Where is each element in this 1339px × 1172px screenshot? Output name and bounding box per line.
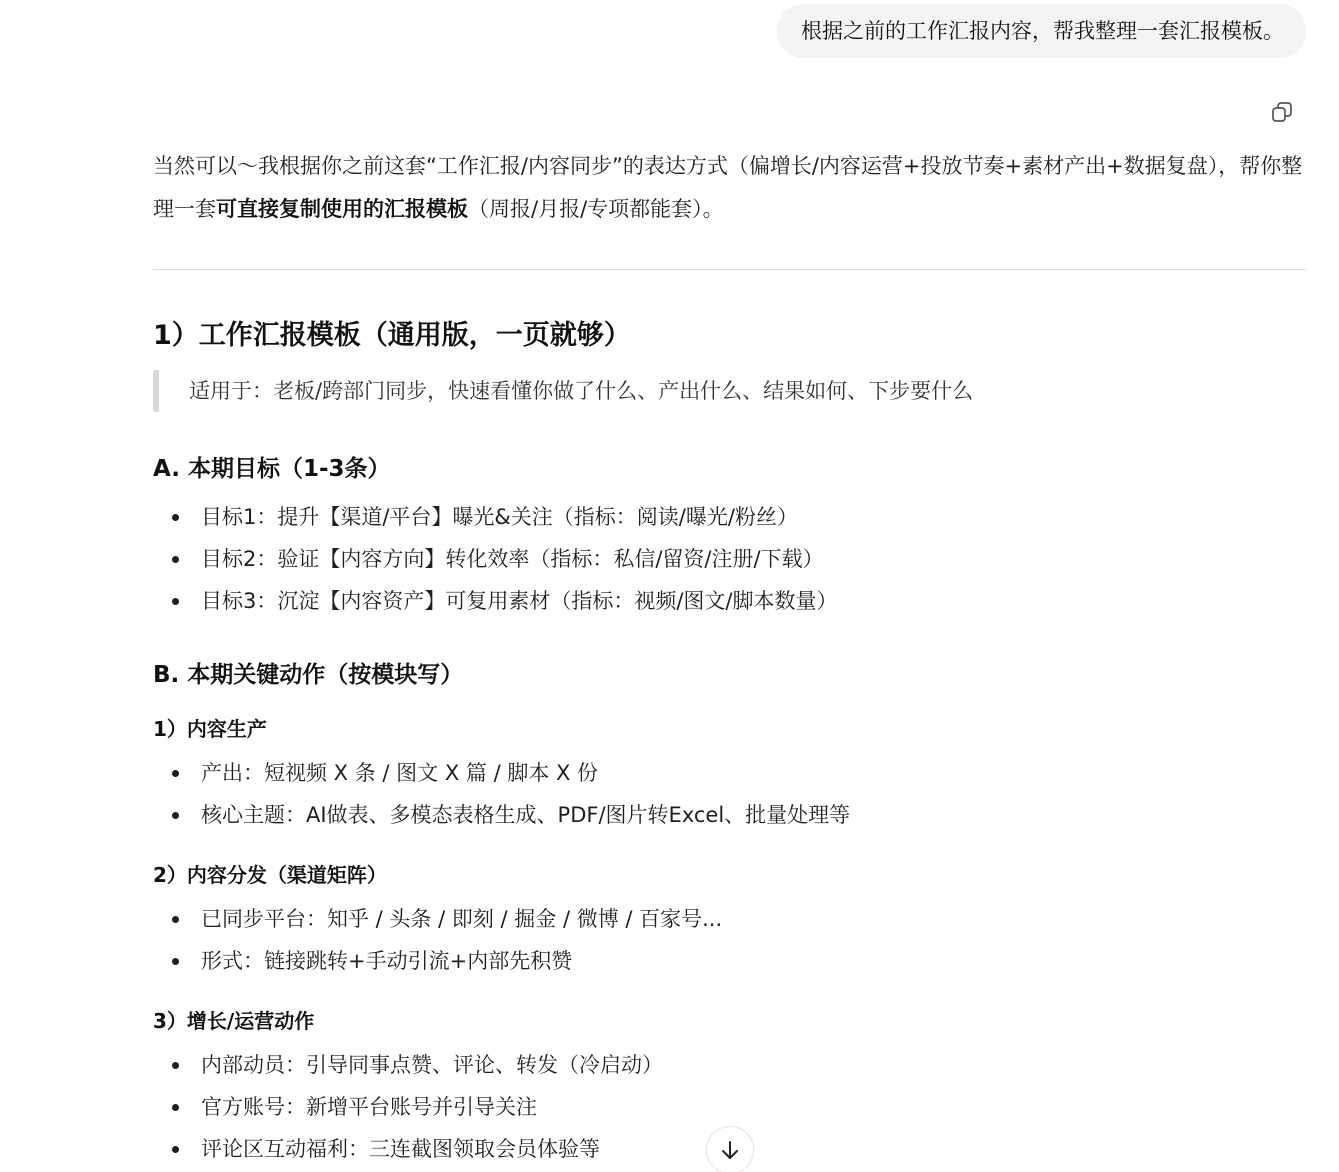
intro-paragraph: 当然可以～我根据你之前这套“工作汇报/内容同步”的表达方式（偏增长/内容运营+投… [153,145,1306,231]
arrow-down-icon [718,1138,742,1162]
group-title: 1）内容生产 [153,714,1306,744]
list-item: 目标2：验证【内容方向】转化效率（指标：私信/留资/注册/下载） [153,538,1306,580]
list-item: 形式：链接跳转+手动引流+内部先积赞 [153,940,1306,982]
list-item: 内部动员：引导同事点赞、评论、转发（冷启动） [153,1044,1306,1086]
distribution-list: 已同步平台：知乎 / 头条 / 即刻 / 掘金 / 微博 / 百家号... 形式… [153,898,1306,982]
list-item: 官方账号：新增平台账号并引导关注 [153,1086,1306,1128]
list-item: 产出：短视频 X 条 / 图文 X 篇 / 脚本 X 份 [153,752,1306,794]
chat-page: 根据之前的工作汇报内容，帮我整理一套汇报模板。 当然可以～我根据你之前这套“工作… [0,0,1339,1172]
user-message-bubble: 根据之前的工作汇报内容，帮我整理一套汇报模板。 [777,4,1306,58]
content-production-list: 产出：短视频 X 条 / 图文 X 篇 / 脚本 X 份 核心主题：AI做表、多… [153,752,1306,836]
subsection-title-b: B. 本期关键动作（按模块写） [153,658,1306,692]
subsection-title-a: A. 本期目标（1-3条） [153,452,1306,486]
scroll-to-bottom-button[interactable] [706,1126,754,1172]
user-message-row: 根据之前的工作汇报内容，帮我整理一套汇报模板。 [777,4,1306,58]
copy-button[interactable] [1268,98,1296,126]
list-item: 目标3：沉淀【内容资产】可复用素材（指标：视频/图文/脚本数量） [153,580,1306,622]
assistant-answer: 当然可以～我根据你之前这套“工作汇报/内容同步”的表达方式（偏增长/内容运营+投… [153,145,1306,1170]
section-title: 1）工作汇报模板（通用版，一页就够） [153,318,1306,354]
intro-bold-text: 可直接复制使用的汇报模板 [216,197,468,221]
list-item: 核心主题：AI做表、多模态表格生成、PDF/图片转Excel、批量处理等 [153,794,1306,836]
list-item: 已同步平台：知乎 / 头条 / 即刻 / 掘金 / 微博 / 百家号... [153,898,1306,940]
copy-icon [1270,100,1294,124]
divider [153,269,1306,270]
group-title: 2）内容分发（渠道矩阵） [153,860,1306,890]
blockquote: 适用于：老板/跨部门同步，快速看懂你做了什么、产出什么、结果如何、下步要什么 [153,370,1306,412]
goals-list: 目标1：提升【渠道/平台】曝光&关注（指标：阅读/曝光/粉丝） 目标2：验证【内… [153,496,1306,622]
group-title: 3）增长/运营动作 [153,1006,1306,1036]
intro-text-end: （周报/月报/专项都能套）。 [468,197,724,221]
list-item: 目标1：提升【渠道/平台】曝光&关注（指标：阅读/曝光/粉丝） [153,496,1306,538]
